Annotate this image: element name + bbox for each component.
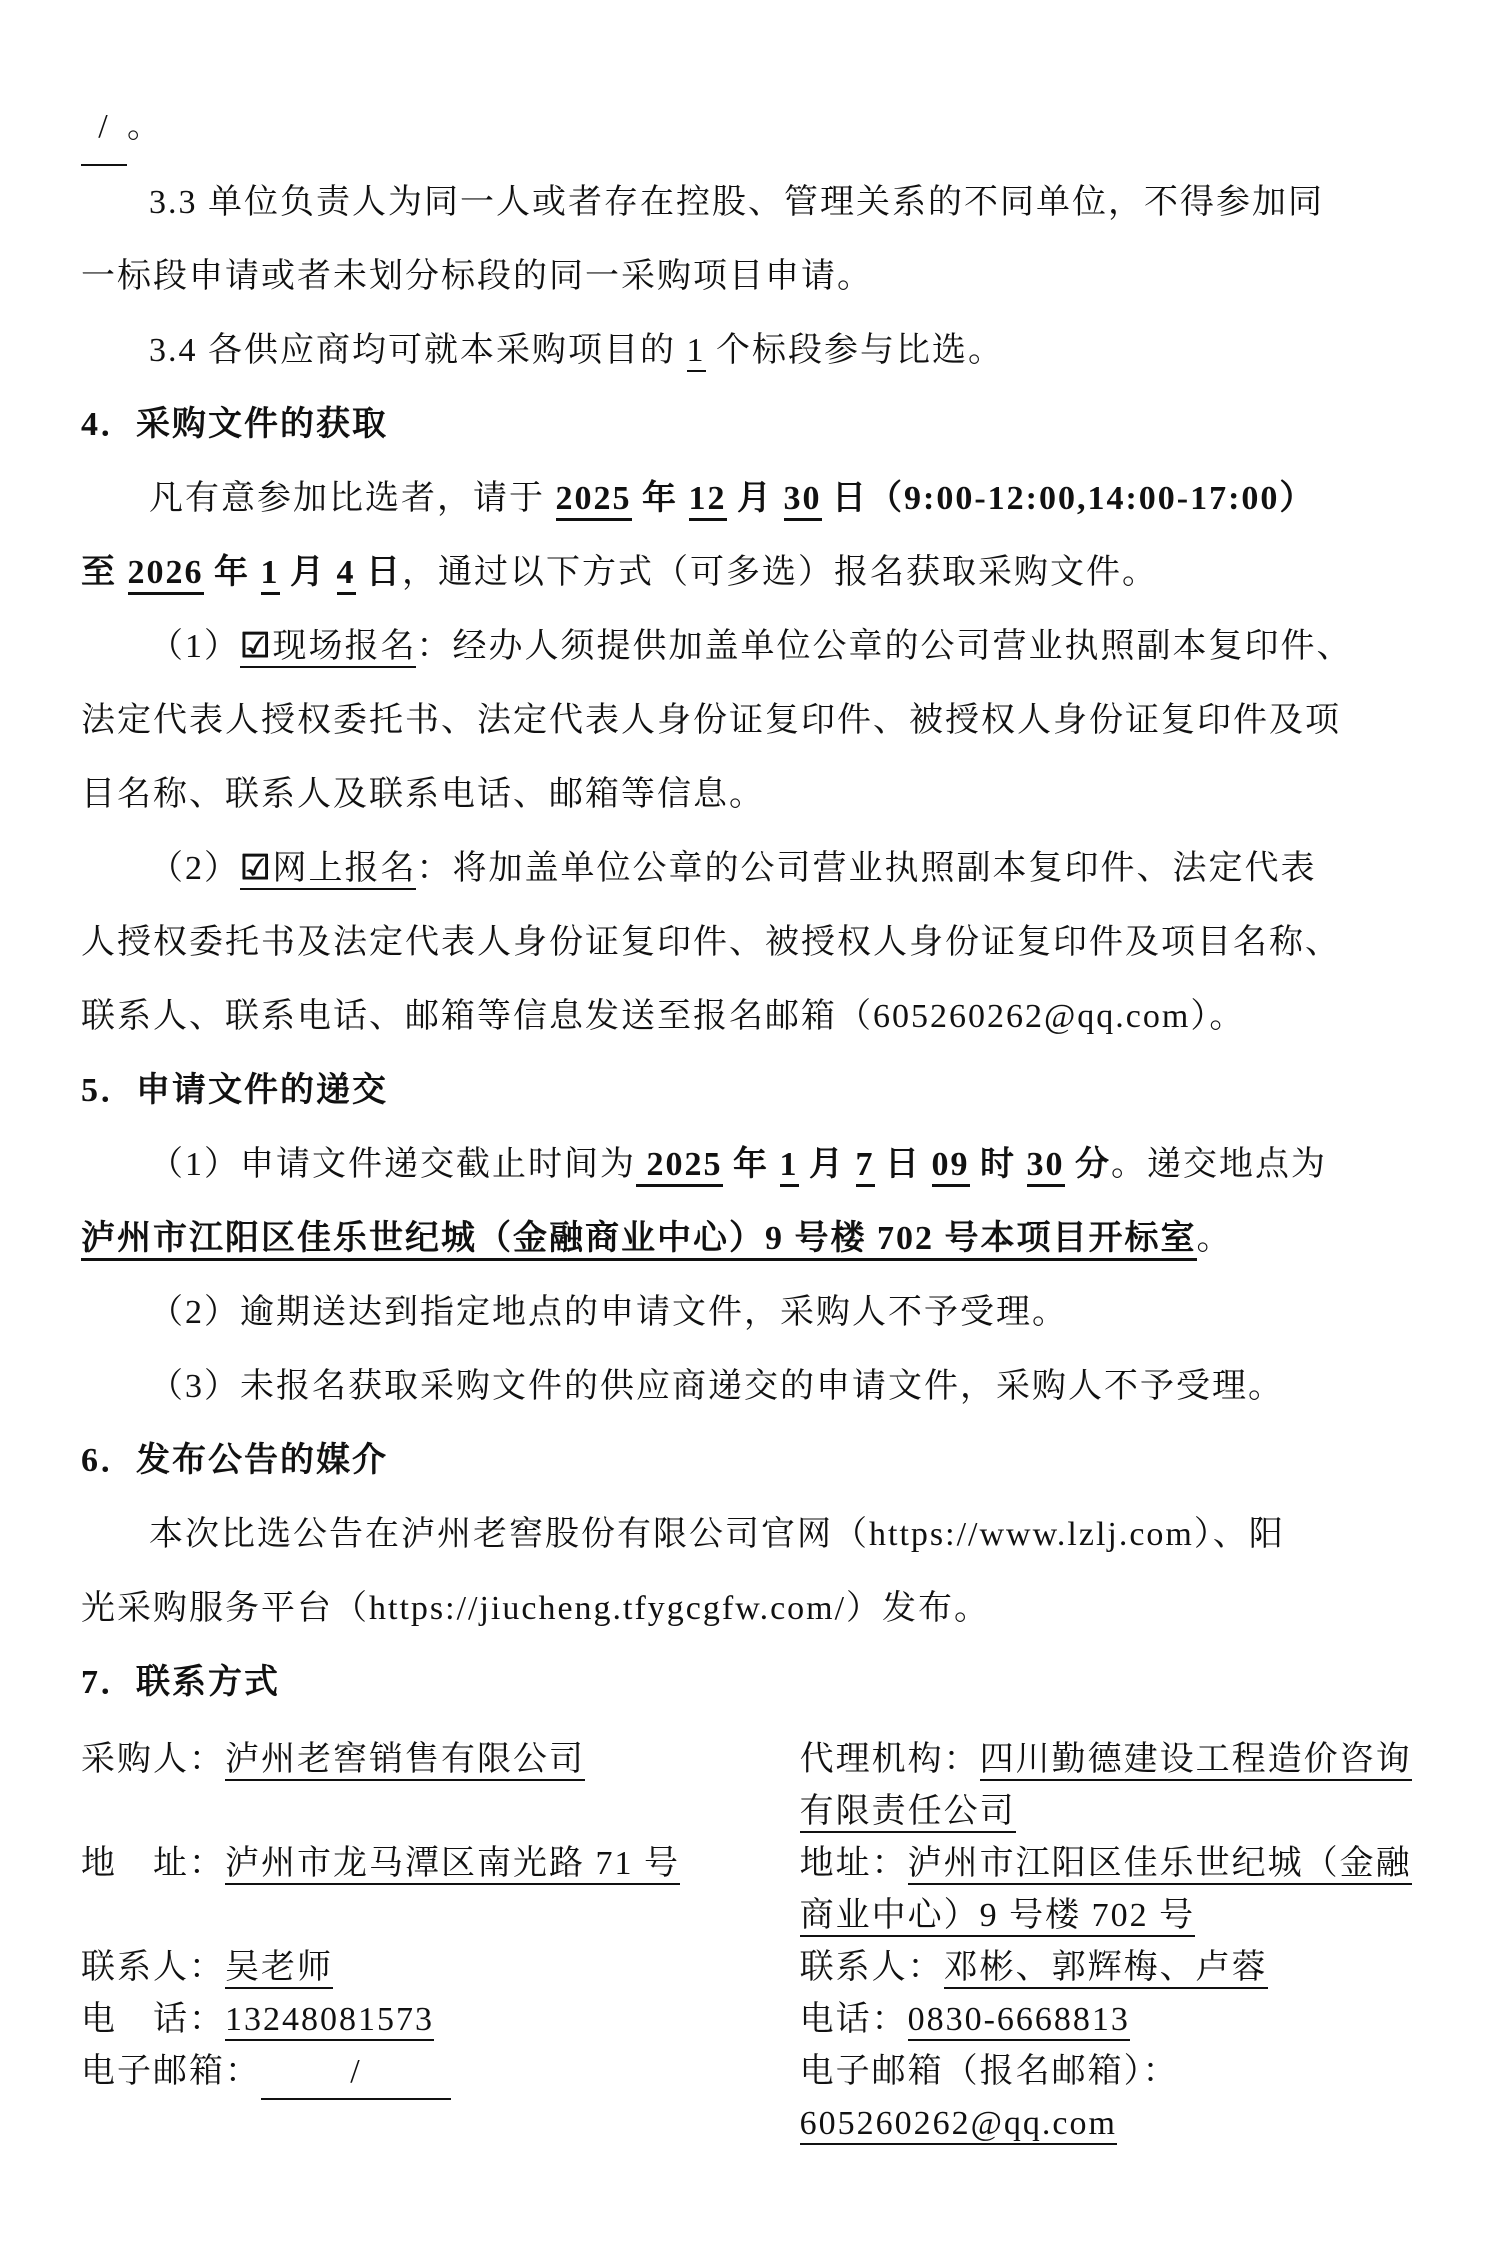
purchaser-address-row: 地 址：泸州市龙马潭区南光路 71 号 [81, 1838, 800, 1890]
contact-section: 采购人：泸州老窖销售有限公司 地 址：泸州市龙马潭区南光路 71 号 联系人：吴… [81, 1734, 1430, 2150]
para-deadline-line-2: 泸州市江阳区佳乐世纪城（金融商业中心）9 号楼 702 号本项目开标室。 [81, 1202, 1430, 1276]
text-run: 分 [1065, 1146, 1112, 1183]
agency-contact-row: 联系人：邓彬、郭辉梅、卢蓉 [800, 1942, 1430, 1994]
deadline-year-value: 2025 [636, 1146, 723, 1187]
para-3-3-line-1: 3.3 单位负责人为同一人或者存在控股、管理关系的不同单位，不得参加同 [81, 166, 1430, 240]
contact-person-value: 吴老师 [225, 1949, 333, 1989]
text-run: 年 [632, 480, 689, 517]
para-3-3-line-2: 一标段申请或者未划分标段的同一采购项目申请。 [81, 240, 1430, 314]
para-continuation-line: /。 [81, 90, 1430, 166]
deadline-day-value: 7 [856, 1146, 875, 1187]
checkbox-checked-icon: ☑ [240, 850, 272, 890]
text-run: 目名称、联系人及联系电话、邮箱等信息。 [81, 776, 765, 813]
para-onsite-signup-line-3: 目名称、联系人及联系电话、邮箱等信息。 [81, 758, 1430, 832]
text-run: 年 [204, 554, 261, 591]
submission-address-value: 泸州市江阳区佳乐世纪城（金融商业中心）9 号楼 702 号本项目开标室 [81, 1220, 1197, 1261]
email-value: 605260262@qq.com [800, 2105, 1117, 2145]
para-obtain-line-1: 凡有意参加比选者，请于 2025 年 12 月 30 日（9:00-12:00,… [81, 462, 1430, 536]
checkbox-checked-icon: ☑ [240, 628, 272, 668]
document-page: /。 3.3 单位负责人为同一人或者存在控股、管理关系的不同单位，不得参加同 一… [0, 0, 1500, 2242]
para-media-line-1: 本次比选公告在泸州老窖股份有限公司官网（https://www.lzlj.com… [81, 1498, 1430, 1572]
end-day-value: 4 [337, 554, 356, 595]
agency-address-row-line-2: 商业中心）9 号楼 702 号 [800, 1890, 1430, 1942]
purchaser-phone-row: 电 话：13248081573 [81, 1994, 800, 2046]
heading-text: 7．联系方式 [81, 1664, 280, 1701]
para-online-signup-line-1: （2）☑网上报名：将加盖单位公章的公司营业执照副本复印件、法定代表 [81, 832, 1430, 906]
para-online-signup-line-2: 人授权委托书及法定代表人身份证复印件、被授权人身份证复印件及项目名称、 [81, 906, 1430, 980]
text-run: 至 [81, 554, 128, 591]
purchaser-contact-row: 联系人：吴老师 [81, 1942, 800, 1994]
address-value: 泸州市江阳区佳乐世纪城（金融 [908, 1845, 1412, 1885]
agency-column: 代理机构：四川勤德建设工程造价咨询 有限责任公司 地址：泸州市江阳区佳乐世纪城（… [800, 1734, 1430, 2150]
para-deadline-line-1: （1）申请文件递交截止时间为 2025 年 1 月 7 日 09 时 30 分。… [81, 1128, 1430, 1202]
contact-person-value: 邓彬、郭辉梅、卢蓉 [944, 1949, 1268, 1989]
end-year-value: 2026 [128, 554, 204, 595]
email-blank-field: / [261, 2046, 451, 2100]
agency-email-row-line-2: 605260262@qq.com [800, 2098, 1430, 2150]
para-obtain-line-2: 至 2026 年 1 月 4 日，通过以下方式（可多选）报名获取采购文件。 [81, 536, 1430, 610]
text-run: ：将加盖单位公章的公司营业执照副本复印件、法定代表 [416, 850, 1316, 887]
text-run: 时 [970, 1146, 1027, 1183]
text-run: 凡有意参加比选者，请于 [149, 480, 556, 517]
text-run: （1）申请文件递交截止时间为 [149, 1146, 636, 1183]
text-run: 3.3 单位负责人为同一人或者存在控股、管理关系的不同单位，不得参加同 [149, 184, 1324, 221]
text-run: 日 [356, 554, 403, 591]
office-hours-text: 日（9:00-12:00,14:00-17:00） [822, 480, 1316, 517]
phone-label: 电 话： [81, 2001, 225, 2038]
text-run: （3）未报名获取采购文件的供应商递交的申请文件，采购人不予受理。 [149, 1368, 1284, 1405]
purchaser-row: 采购人：泸州老窖销售有限公司 [81, 1734, 800, 1786]
text-run: 。 [127, 108, 163, 145]
blank-slash-field: / [81, 90, 127, 166]
lot-count-value: 1 [687, 332, 706, 372]
para-onsite-signup-line-2: 法定代表人授权委托书、法定代表人身份证复印件、被授权人身份证复印件及项 [81, 684, 1430, 758]
text-run: （1） [149, 628, 240, 665]
text-run: ：经办人须提供加盖单位公章的公司营业执照副本复印件、 [416, 628, 1352, 665]
deadline-hour-value: 09 [932, 1146, 970, 1187]
address-value: 商业中心）9 号楼 702 号 [800, 1897, 1196, 1937]
email-label: 电子邮箱： [81, 2053, 261, 2090]
start-day-value: 30 [784, 480, 822, 521]
agency-row-line-1: 代理机构：四川勤德建设工程造价咨询 [800, 1734, 1430, 1786]
purchaser-email-row: 电子邮箱：/ [81, 2046, 800, 2100]
phone-value: 13248081573 [225, 2001, 434, 2041]
text-run: （2） [149, 850, 240, 887]
agency-value: 有限责任公司 [800, 1793, 1016, 1833]
text-run: 。递交地点为 [1111, 1146, 1327, 1183]
end-month-value: 1 [261, 554, 280, 595]
email-label: 电子邮箱（报名邮箱）： [800, 2053, 1179, 2090]
agency-label: 代理机构： [800, 1741, 980, 1778]
para-unregistered-line: （3）未报名获取采购文件的供应商递交的申请文件，采购人不予受理。 [81, 1350, 1430, 1424]
agency-phone-row: 电话：0830-6668813 [800, 1994, 1430, 2046]
purchaser-column: 采购人：泸州老窖销售有限公司 地 址：泸州市龙马潭区南光路 71 号 联系人：吴… [81, 1734, 800, 2150]
agency-row-line-2: 有限责任公司 [800, 1786, 1430, 1838]
deadline-month-value: 1 [780, 1146, 799, 1187]
text-run: 月 [727, 480, 784, 517]
text-run: 本次比选公告在泸州老窖股份有限公司官网（https://www.lzlj.com… [149, 1516, 1285, 1553]
spacer-line [81, 1786, 800, 1838]
heading-text: 5．申请文件的递交 [81, 1072, 388, 1109]
online-signup-label: 网上报名 [272, 850, 416, 890]
heading-text: 4．采购文件的获取 [81, 406, 388, 443]
phone-value: 0830-6668813 [908, 2001, 1130, 2041]
section-4-heading: 4．采购文件的获取 [81, 388, 1430, 462]
address-label: 地 址： [81, 1845, 225, 1882]
text-run: 一标段申请或者未划分标段的同一采购项目申请。 [81, 258, 873, 295]
phone-label: 电话： [800, 2001, 908, 2038]
purchaser-label: 采购人： [81, 1741, 225, 1778]
text-run: 日 [875, 1146, 932, 1183]
heading-text: 6．发布公告的媒介 [81, 1442, 388, 1479]
para-onsite-signup-line-1: （1）☑现场报名：经办人须提供加盖单位公章的公司营业执照副本复印件、 [81, 610, 1430, 684]
agency-value: 四川勤德建设工程造价咨询 [980, 1741, 1412, 1781]
para-media-line-2: 光采购服务平台（https://jiucheng.tfygcgfw.com/）发… [81, 1572, 1430, 1646]
text-run: 人授权委托书及法定代表人身份证复印件、被授权人身份证复印件及项目名称、 [81, 924, 1341, 961]
agency-address-row-line-1: 地址：泸州市江阳区佳乐世纪城（金融 [800, 1838, 1430, 1890]
section-5-heading: 5．申请文件的递交 [81, 1054, 1430, 1128]
section-6-heading: 6．发布公告的媒介 [81, 1424, 1430, 1498]
purchaser-value: 泸州老窖销售有限公司 [225, 1741, 585, 1781]
onsite-signup-label: 现场报名 [272, 628, 416, 668]
contact-person-label: 联系人： [800, 1949, 944, 1986]
text-run: 法定代表人授权委托书、法定代表人身份证复印件、被授权人身份证复印件及项 [81, 702, 1341, 739]
text-run: 年 [723, 1146, 780, 1183]
address-value: 泸州市龙马潭区南光路 71 号 [225, 1845, 680, 1885]
start-month-value: 12 [689, 480, 727, 521]
start-year-value: 2025 [556, 480, 632, 521]
section-7-heading: 7．联系方式 [81, 1646, 1430, 1720]
spacer-line [81, 1890, 800, 1942]
address-label: 地址： [800, 1845, 908, 1882]
text-run: 月 [280, 554, 337, 591]
document-content: /。 3.3 单位负责人为同一人或者存在控股、管理关系的不同单位，不得参加同 一… [0, 0, 1500, 2150]
text-run: 光采购服务平台（https://jiucheng.tfygcgfw.com/）发… [81, 1590, 990, 1627]
deadline-minute-value: 30 [1027, 1146, 1065, 1187]
text-run: 3.4 各供应商均可就本采购项目的 [149, 332, 687, 369]
text-run: 联系人、联系电话、邮箱等信息发送至报名邮箱（605260262@qq.com）。 [81, 998, 1245, 1035]
contact-person-label: 联系人： [81, 1949, 225, 1986]
text-run: 月 [799, 1146, 856, 1183]
text-run: 。 [1197, 1220, 1233, 1257]
para-online-signup-line-3: 联系人、联系电话、邮箱等信息发送至报名邮箱（605260262@qq.com）。 [81, 980, 1430, 1054]
text-run: （2）逾期送达到指定地点的申请文件，采购人不予受理。 [149, 1294, 1068, 1331]
text-run: 个标段参与比选。 [706, 332, 1005, 369]
agency-email-row-line-1: 电子邮箱（报名邮箱）： [800, 2046, 1430, 2098]
para-late-submission-line: （2）逾期送达到指定地点的申请文件，采购人不予受理。 [81, 1276, 1430, 1350]
para-3-4-line: 3.4 各供应商均可就本采购项目的 1 个标段参与比选。 [81, 314, 1430, 388]
text-run: ，通过以下方式（可多选）报名获取采购文件。 [402, 554, 1158, 591]
